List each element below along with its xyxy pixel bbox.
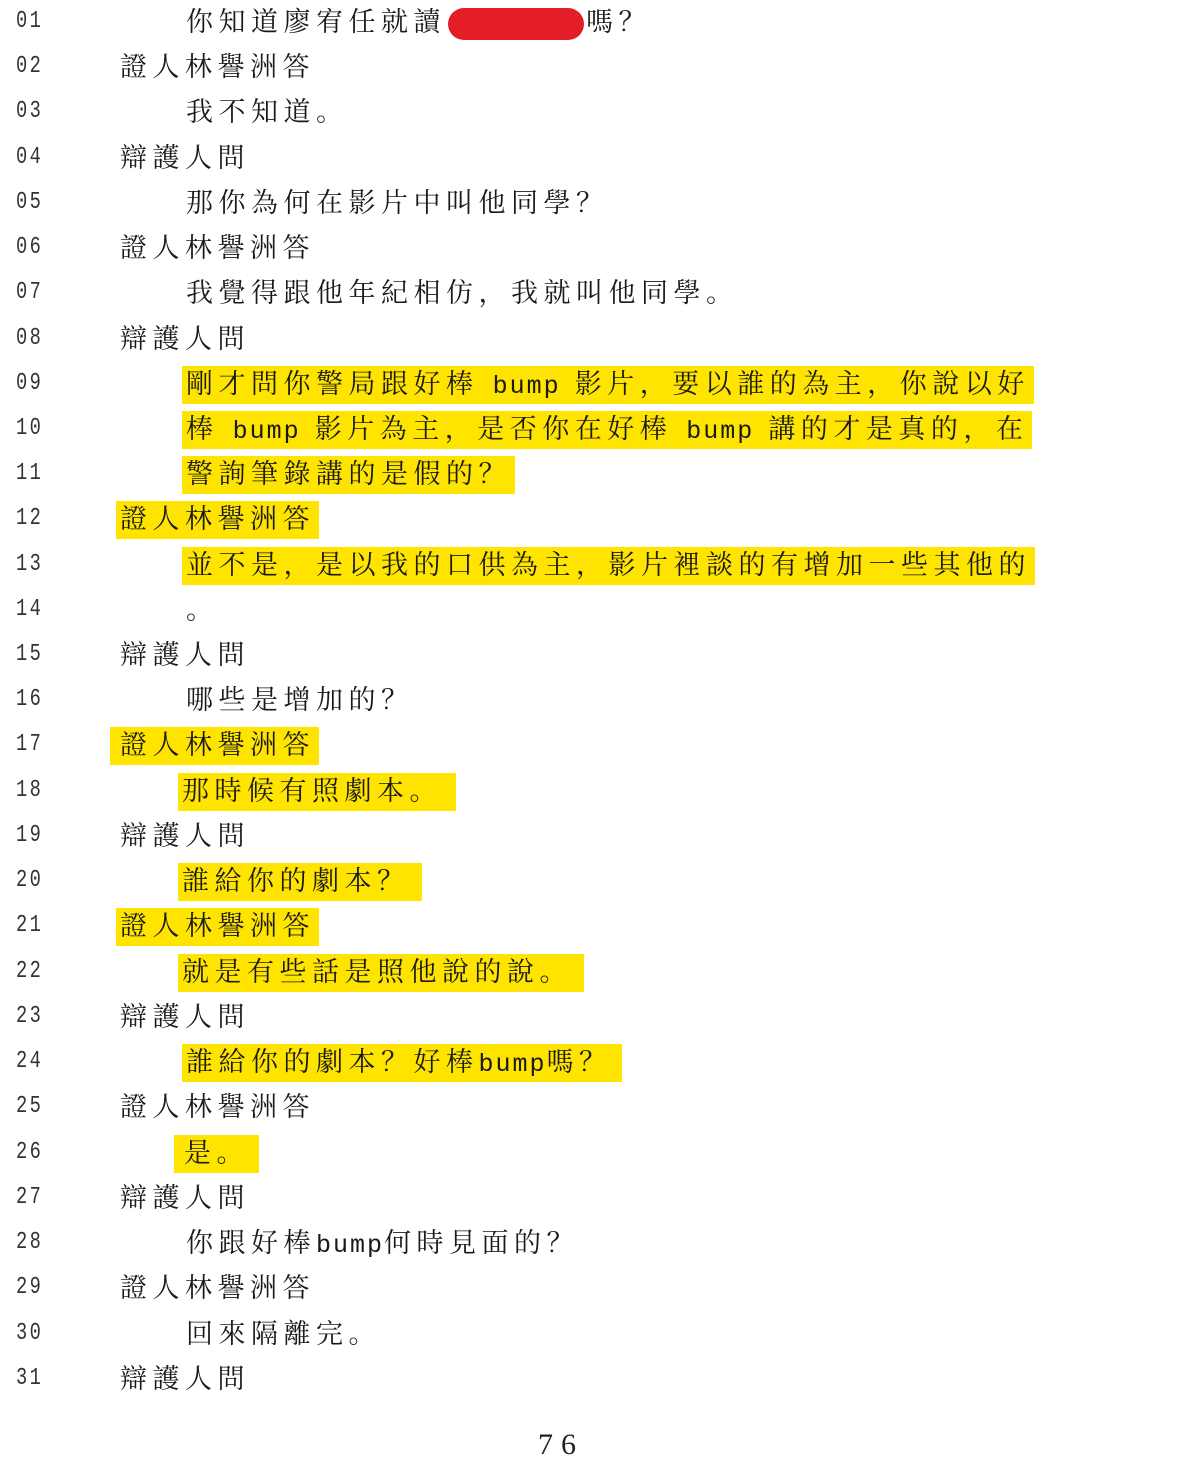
transcript-line: 10 棒 bump 影片為主，是否你在好棒 bump 講的才是真的，在: [0, 411, 1179, 456]
speaker-label: 辯護人問: [116, 818, 254, 856]
line-number: 23: [16, 1003, 43, 1030]
line-number: 11: [16, 460, 43, 487]
transcript-line: 26 是。: [0, 1135, 1179, 1180]
speaker-label: 證人林譽洲答: [116, 1270, 319, 1308]
transcript-line: 22 就是有些話是照他說的說。: [0, 954, 1179, 999]
highlighted-speaker-label: 證人林譽洲答: [110, 727, 319, 765]
speaker-label: 辯護人問: [116, 999, 254, 1037]
transcript-line: 12 證人林譽洲答: [0, 501, 1179, 546]
line-number: 28: [16, 1229, 43, 1256]
line-text: 你跟好棒bump何時見面的？: [182, 1225, 583, 1263]
transcript-line: 30 回來隔離完。: [0, 1316, 1179, 1361]
text-before-redaction: 你知道廖宥任就讀: [186, 7, 446, 38]
speaker-label: 辯護人問: [116, 637, 254, 675]
transcript-line: 27 辯護人問: [0, 1180, 1179, 1225]
transcript-line: 20 誰給你的劇本？: [0, 863, 1179, 908]
line-number: 25: [16, 1093, 43, 1120]
latin-run: bump: [493, 372, 561, 401]
line-number: 07: [16, 279, 43, 306]
line-number: 24: [16, 1048, 43, 1075]
transcript-line: 11 警詢筆錄講的是假的？: [0, 456, 1179, 501]
transcript-line: 04 辯護人問: [0, 140, 1179, 185]
transcript-line: 15 辯護人問: [0, 637, 1179, 682]
highlighted-line-text: 誰給你的劇本？好棒bump嗎？: [182, 1044, 622, 1082]
line-number: 20: [16, 867, 43, 894]
line-number: 10: [16, 415, 43, 442]
line-number: 06: [16, 234, 43, 261]
latin-run: bump: [686, 417, 754, 446]
line-number: 01: [16, 8, 43, 35]
line-text: 我覺得跟他年紀相仿，我就叫他同學。: [182, 275, 743, 313]
line-text: 。: [182, 592, 223, 630]
line-text: 那你為何在影片中叫他同學？: [182, 185, 613, 223]
line-number: 26: [16, 1139, 43, 1166]
line-number: 03: [16, 98, 43, 125]
highlighted-line-text: 那時候有照劇本。: [178, 773, 456, 811]
transcript-line: 29 證人林譽洲答: [0, 1270, 1179, 1315]
transcript-line: 09 剛才問你警局跟好棒 bump 影片，要以誰的為主，你說以好: [0, 366, 1179, 411]
transcript-line: 23 辯護人問: [0, 999, 1179, 1044]
transcript-line: 19 辯護人問: [0, 818, 1179, 863]
latin-run: bump: [316, 1231, 384, 1260]
transcript-line: 08 辯護人問: [0, 321, 1179, 366]
line-number: 14: [16, 596, 43, 623]
transcript-line: 13 並不是，是以我的口供為主，影片裡談的有增加一些其他的: [0, 547, 1179, 592]
transcript-line: 14 。: [0, 592, 1179, 637]
highlighted-line-text: 棒 bump 影片為主，是否你在好棒 bump 講的才是真的，在: [182, 411, 1032, 449]
page-number: 76: [538, 1428, 584, 1462]
latin-run: bump: [479, 1050, 547, 1079]
speaker-label: 證人林譽洲答: [116, 49, 319, 87]
line-number: 22: [16, 958, 43, 985]
line-number: 27: [16, 1184, 43, 1211]
speaker-label: 辯護人問: [116, 321, 254, 359]
latin-run: bump: [233, 417, 301, 446]
transcript-line: 06 證人林譽洲答: [0, 230, 1179, 275]
line-text: 回來隔離完。: [182, 1316, 385, 1354]
transcript-line: 05 那你為何在影片中叫他同學？: [0, 185, 1179, 230]
transcript-line: 02 證人林譽洲答: [0, 49, 1179, 94]
highlighted-line-text: 誰給你的劇本？: [178, 863, 422, 901]
line-number: 12: [16, 505, 43, 532]
line-number: 09: [16, 370, 43, 397]
speaker-label: 證人林譽洲答: [116, 1089, 319, 1127]
speaker-label: 辯護人問: [116, 1361, 254, 1399]
transcript-line: 28 你跟好棒bump何時見面的？: [0, 1225, 1179, 1270]
transcript-line: 25 證人林譽洲答: [0, 1089, 1179, 1134]
line-text: 你知道廖宥任就讀嗎？: [182, 4, 655, 42]
line-number: 16: [16, 686, 43, 713]
line-number: 31: [16, 1365, 43, 1392]
line-number: 29: [16, 1274, 43, 1301]
transcript-line: 24 誰給你的劇本？好棒bump嗎？: [0, 1044, 1179, 1089]
line-text: 我不知道。: [182, 94, 353, 132]
line-number: 18: [16, 777, 43, 804]
line-number: 30: [16, 1320, 43, 1347]
transcript-page: 01 你知道廖宥任就讀嗎？ 02 證人林譽洲答 03 我不知道。 04 辯護人問…: [0, 0, 1179, 1475]
transcript-line: 18 那時候有照劇本。: [0, 773, 1179, 818]
line-number: 05: [16, 189, 43, 216]
text-after-redaction: 嗎？: [586, 7, 651, 38]
speaker-label: 辯護人問: [116, 1180, 254, 1218]
line-number: 19: [16, 822, 43, 849]
highlighted-line-text: 是。: [174, 1135, 259, 1173]
line-number: 04: [16, 144, 43, 171]
highlighted-line-text: 並不是，是以我的口供為主，影片裡談的有增加一些其他的: [182, 547, 1035, 585]
highlighted-line-text: 就是有些話是照他說的說。: [178, 954, 584, 992]
line-number: 08: [16, 325, 43, 352]
transcript-line: 07 我覺得跟他年紀相仿，我就叫他同學。: [0, 275, 1179, 320]
transcript-line: 16 哪些是增加的？: [0, 682, 1179, 727]
line-number: 21: [16, 912, 43, 939]
highlighted-line-text: 警詢筆錄講的是假的？: [182, 456, 515, 494]
line-number: 02: [16, 53, 43, 80]
highlighted-speaker-label: 證人林譽洲答: [116, 908, 319, 946]
highlighted-line-text: 剛才問你警局跟好棒 bump 影片，要以誰的為主，你說以好: [182, 366, 1034, 404]
transcript-line: 21 證人林譽洲答: [0, 908, 1179, 953]
speaker-label: 辯護人問: [116, 140, 254, 178]
transcript-line: 17 證人林譽洲答: [0, 727, 1179, 772]
line-number: 13: [16, 551, 43, 578]
redaction-mark: [448, 8, 584, 40]
speaker-label: 證人林譽洲答: [116, 230, 319, 268]
line-number: 17: [16, 731, 43, 758]
transcript-line: 03 我不知道。: [0, 94, 1179, 139]
line-number: 15: [16, 641, 43, 668]
line-text: 哪些是增加的？: [182, 682, 418, 720]
transcript-line: 31 辯護人問: [0, 1361, 1179, 1406]
highlighted-speaker-label: 證人林譽洲答: [116, 501, 319, 539]
transcript-line: 01 你知道廖宥任就讀嗎？: [0, 4, 1179, 49]
